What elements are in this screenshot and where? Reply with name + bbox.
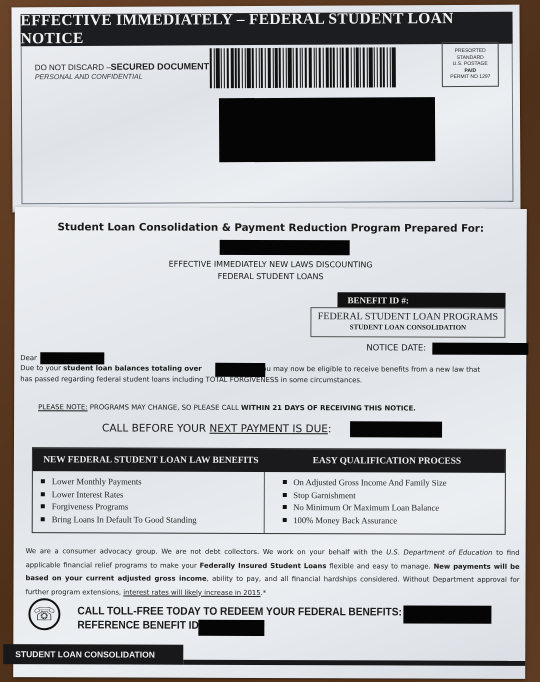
barcode-bar — [299, 48, 300, 88]
header-qualification: EASY QUALIFICATION PROCESS — [269, 449, 505, 473]
footer-rule — [183, 660, 525, 666]
barcode-bar — [369, 47, 373, 87]
redacted-due-date — [350, 421, 442, 437]
bullet-square-icon — [41, 479, 45, 483]
barcode-bar — [346, 48, 350, 88]
barcode-bar — [275, 48, 277, 88]
do-not-discard-notice: DO NOT DISCARD –SECURED DOCUMENT — [35, 61, 209, 72]
header-benefits: NEW FEDERAL STUDENT LOAN LAW BENEFITS — [33, 448, 269, 472]
barcode-bar — [244, 48, 245, 88]
footer-tab: STUDENT LOAN CONSOLIDATION — [3, 644, 183, 665]
text: CALL BEFORE YOUR — [102, 422, 209, 434]
list-item-label: Forgiveness Programs — [52, 500, 129, 513]
barcode-bar — [283, 48, 284, 88]
barcode-bar — [319, 48, 321, 88]
barcode-bar — [256, 48, 257, 88]
barcode-bar — [279, 48, 281, 88]
barcode-bar — [392, 47, 396, 87]
list-item-label: Stop Garnishment — [293, 489, 355, 502]
text-bold: Federally Insured Student Loans — [200, 561, 327, 569]
postage-indicia: PRESORTED STANDARD U.S. POSTAGE PAID PER… — [442, 42, 499, 87]
envelope: EFFECTIVE IMMEDIATELY – FEDERAL STUDENT … — [11, 5, 520, 213]
barcode-bar — [337, 48, 338, 88]
please-note-label: PLEASE NOTE: — [38, 403, 87, 411]
list-item-label: Lower Interest Rates — [52, 488, 124, 501]
list-item-label: Bring Loans In Default To Good Standing — [52, 513, 197, 526]
text: PROGRAMS MAY CHANGE, SO PLEASE CALL — [88, 403, 241, 412]
text-bold: WITHIN 21 DAYS OF RECEIVING THIS NOTICE. — [241, 404, 416, 413]
qualification-list: On Adjusted Gross Income And Family Size… — [263, 472, 505, 534]
barcode-bar — [323, 48, 324, 88]
bullet-square-icon — [282, 493, 286, 497]
benefit-id-bar: BENEFIT ID #: — [337, 292, 505, 308]
barcode-bar — [305, 48, 307, 88]
list-item: Stop Garnishment — [282, 489, 505, 502]
postage-permit: PERMIT NO 1297 — [443, 74, 498, 81]
phone-glyph: ☏ — [33, 604, 56, 625]
intro-paragraph-line2: has passed regarding federal student loa… — [20, 374, 520, 386]
barcode-bar — [351, 48, 352, 88]
call-toll-free: CALL TOLL-FREE TODAY TO REDEEM YOUR FEDE… — [77, 605, 401, 618]
letter-subtitle-line1: EFFECTIVE IMMEDIATELY NEW LAWS DISCOUNTI… — [15, 259, 527, 270]
text-underline: interest rates will likely increase in 2… — [123, 588, 260, 596]
barcode-bar — [265, 48, 266, 88]
barcode-bar — [308, 48, 312, 88]
program-subname: STUDENT LOAN CONSOLIDATION — [311, 323, 504, 332]
barcode-bar — [296, 48, 298, 88]
list-item-label: Lower Monthly Payments — [52, 475, 142, 488]
barcode-bar — [362, 47, 364, 87]
barcode-bar — [252, 48, 254, 88]
redacted-phone-number — [403, 605, 491, 623]
barcode-bar — [230, 48, 234, 88]
barcode-bar — [293, 48, 294, 88]
text: Due to your — [20, 364, 63, 372]
barcode-bar — [213, 48, 214, 88]
barcode-bar — [356, 48, 358, 88]
barcode-bar — [387, 47, 388, 87]
barcode-bar — [302, 48, 303, 88]
text: ; you may now be eligible to receive ben… — [254, 365, 480, 374]
bullet-square-icon — [282, 518, 286, 522]
barcode-bar — [366, 47, 367, 87]
barcode-bar — [235, 48, 236, 88]
bullet-square-icon — [282, 480, 286, 484]
barcode-bar — [247, 48, 251, 88]
bullet-square-icon — [41, 504, 45, 508]
barcode-bar — [383, 47, 385, 87]
please-note: PLEASE NOTE: PROGRAMS MAY CHANGE, SO PLE… — [38, 403, 416, 412]
reference-benefit-id: REFERENCE BENEFIT ID: — [77, 619, 202, 631]
barcode-bar — [325, 48, 329, 88]
barcode-bar — [333, 48, 335, 88]
list-item: On Adjusted Gross Income And Family Size — [282, 476, 505, 489]
barcode-bar — [316, 48, 317, 88]
barcode-bar — [261, 48, 263, 88]
barcode-bar — [353, 48, 354, 88]
barcode-bar — [389, 47, 390, 87]
benefits-table: NEW FEDERAL STUDENT LOAN LAW BENEFITS EA… — [32, 447, 506, 535]
text: flexible and easy to manage. — [326, 562, 433, 570]
secured-document-label: SECURED DOCUMENT — [111, 61, 210, 72]
intro-paragraph-line1: Due to your student loan balances totali… — [20, 363, 520, 375]
discard-prefix: DO NOT DISCARD – — [35, 63, 111, 72]
bullet-square-icon — [282, 505, 286, 509]
redacted-notice-date — [432, 343, 528, 355]
text: .* — [261, 588, 267, 596]
phone-icon: ☏ — [28, 598, 60, 630]
call-before-due: CALL BEFORE YOUR NEXT PAYMENT IS DUE: — [102, 422, 331, 435]
benefits-list: Lower Monthly PaymentsLower Interest Rat… — [33, 471, 264, 533]
barcode-bar — [258, 48, 259, 88]
bullet-square-icon — [41, 492, 45, 496]
text: : — [328, 423, 332, 435]
redacted-address — [219, 97, 435, 162]
letter-subtitle-line2: FEDERAL STUDENT LOANS — [15, 271, 527, 282]
letter-title: Student Loan Consolidation & Payment Red… — [15, 221, 527, 235]
bullet-square-icon — [41, 517, 45, 521]
dear-label: Dear — [20, 354, 37, 362]
barcode-bar — [313, 48, 314, 88]
list-item: Lower Interest Rates — [41, 488, 264, 501]
benefit-program-box: FEDERAL STUDENT LOAN PROGRAMS STUDENT LO… — [310, 307, 505, 338]
notice-date-label: NOTICE DATE: — [366, 343, 426, 353]
barcode-bar — [374, 47, 375, 87]
barcode-bar — [221, 48, 222, 88]
barcode-bar — [339, 48, 340, 88]
benefits-table-header: NEW FEDERAL STUDENT LOAN LAW BENEFITS EA… — [33, 448, 505, 473]
advocacy-paragraph: We are a consumer advocacy group. We are… — [25, 545, 519, 601]
barcode-bar — [272, 48, 273, 88]
barcode-bar — [210, 48, 212, 88]
personal-confidential-label: PERSONAL AND CONFIDENTIAL — [35, 74, 143, 82]
list-item: Forgiveness Programs — [41, 500, 264, 513]
list-item-label: No Minimum Or Maximum Loan Balance — [293, 501, 439, 514]
envelope-banner: EFFECTIVE IMMEDIATELY – FEDERAL STUDENT … — [21, 12, 513, 47]
barcode-bar — [360, 48, 361, 88]
barcode-bar — [330, 48, 331, 88]
barcode-bar — [379, 47, 381, 87]
barcode-bar — [226, 48, 228, 88]
text: We are a consumer advocacy group. We are… — [26, 547, 387, 556]
redacted-recipient — [220, 240, 350, 255]
barcode-bar — [238, 48, 240, 88]
barcode-bar — [267, 48, 271, 88]
barcode-bar — [285, 48, 286, 88]
program-name: FEDERAL STUDENT LOAN PROGRAMS — [311, 311, 504, 323]
barcode-bar — [288, 48, 292, 88]
text-bold: student loan balances totaling over — [63, 364, 202, 372]
barcode-bar — [242, 48, 243, 88]
list-item: No Minimum Or Maximum Loan Balance — [282, 501, 505, 514]
letter: Student Loan Consolidation & Payment Red… — [13, 207, 527, 679]
barcode-bar — [377, 47, 378, 87]
barcode — [210, 47, 426, 88]
list-item-label: 100% Money Back Assurance — [293, 514, 397, 527]
text-italic: U.S. Department of Education — [386, 548, 492, 556]
list-item: 100% Money Back Assurance — [282, 514, 505, 527]
next-payment-label: NEXT PAYMENT IS DUE — [209, 423, 328, 435]
list-item: Lower Monthly Payments — [41, 475, 264, 488]
barcode-bar — [342, 48, 344, 88]
list-item: Bring Loans In Default To Good Standing — [41, 513, 264, 526]
barcode-bar — [216, 48, 220, 88]
redacted-benefit-id — [198, 620, 264, 636]
barcode-bar — [224, 48, 225, 88]
benefit-id-label: BENEFIT ID #: — [347, 295, 408, 305]
list-item-label: On Adjusted Gross Income And Family Size — [293, 476, 446, 489]
